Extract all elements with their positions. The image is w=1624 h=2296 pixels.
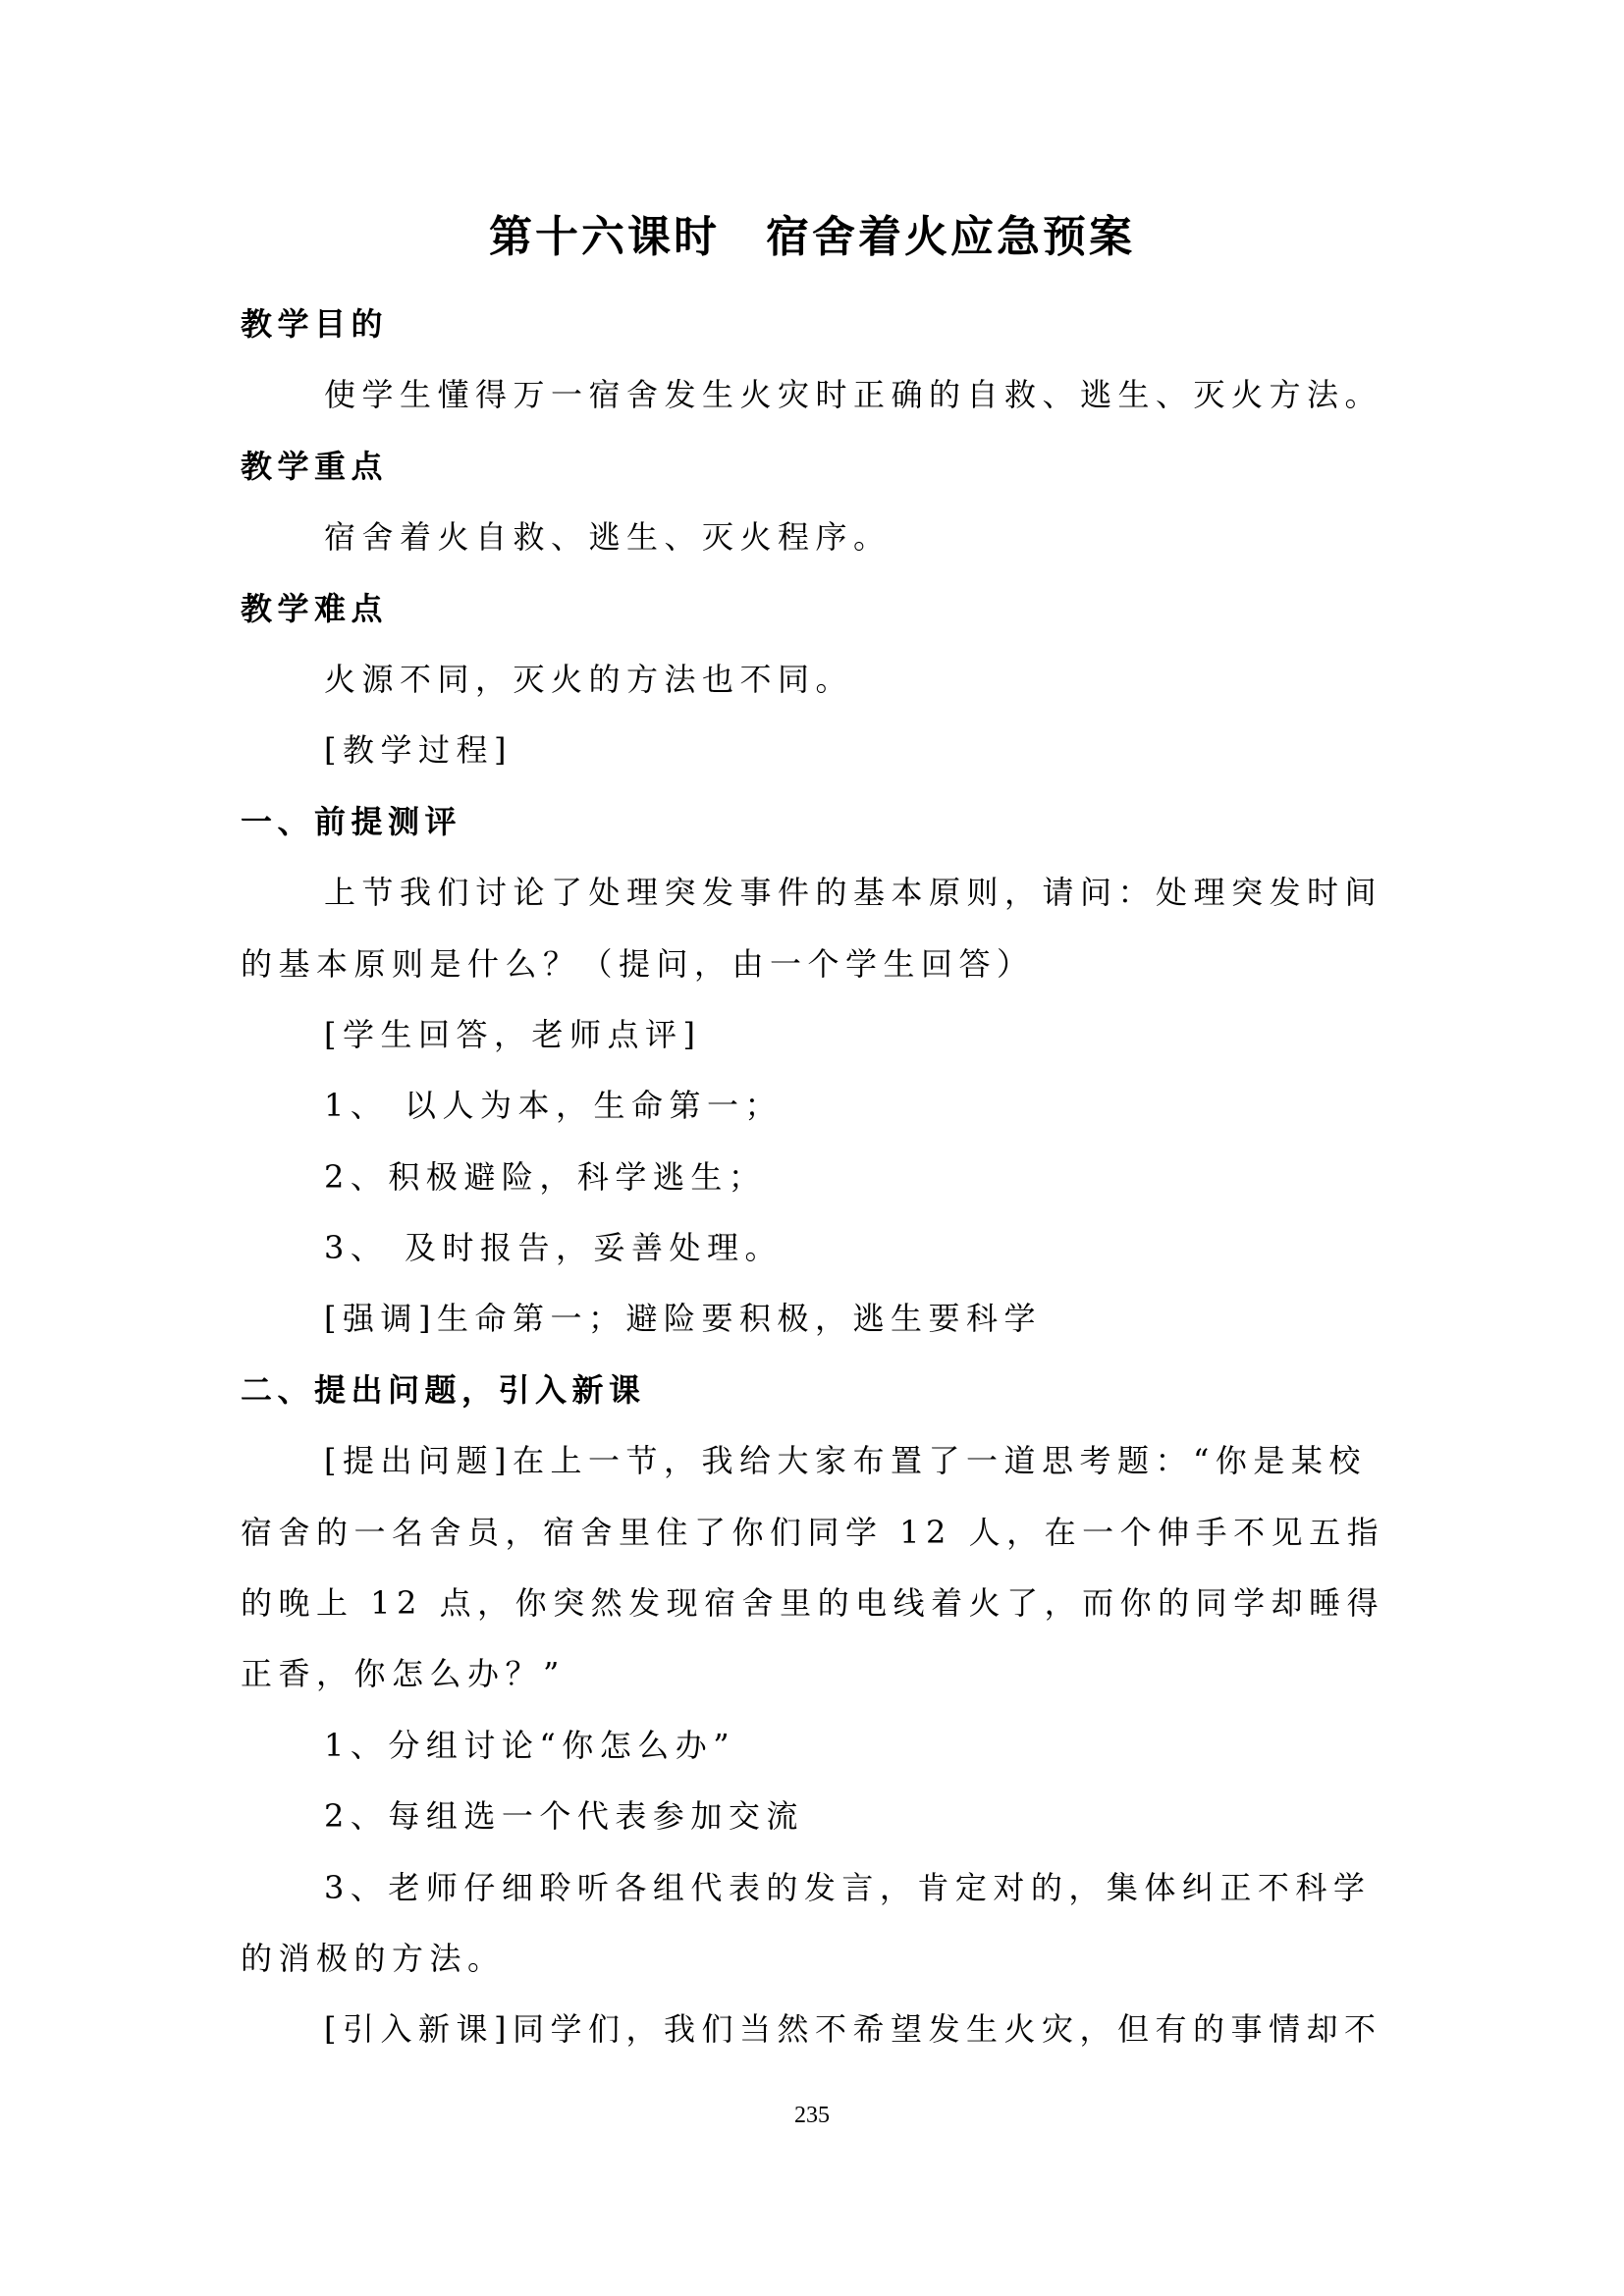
list-item: 3、老师仔细聆听各组代表的发言，肯定对的，集体纠正不科学	[241, 1852, 1384, 1923]
list-item: 2、积极避险，科学逃生；	[241, 1142, 1384, 1212]
paragraph-line: 宿舍的一名舍员，宿舍里住了你们同学 12 人，在一个伸手不见五指	[241, 1497, 1384, 1568]
paragraph-line: [引入新课]同学们，我们当然不希望发生火灾，但有的事情却不	[241, 1994, 1384, 2064]
paragraph-line: [学生回答，老师点评]	[241, 999, 1384, 1070]
list-item: 1、分组讨论“你怎么办”	[241, 1710, 1384, 1781]
paragraph-line: 的基本原则是什么？（提问，由一个学生回答）	[241, 929, 1384, 999]
section-heading-difficulties: 教学难点	[241, 573, 1384, 644]
section-heading-introduce-lesson: 二、提出问题，引入新课	[241, 1355, 1384, 1425]
paragraph-objective: 使学生懂得万一宿舍发生火灾时正确的自救、逃生、灭火方法。	[241, 359, 1384, 430]
paragraph-key-points: 宿舍着火自救、逃生、灭火程序。	[241, 502, 1384, 572]
section-heading-objective: 教学目的	[241, 289, 1384, 359]
paragraph-line: 上节我们讨论了处理突发事件的基本原则，请问：处理突发时间	[241, 857, 1384, 928]
list-item: 2、每组选一个代表参加交流	[241, 1781, 1384, 1851]
paragraph-line: [强调]生命第一；避险要积极，逃生要科学	[241, 1283, 1384, 1354]
page-title: 第十六课时 宿舍着火应急预案	[0, 202, 1624, 273]
page-number: 235	[0, 2103, 1624, 2129]
paragraph-line: 的消极的方法。	[241, 1923, 1384, 1994]
list-item: 1、 以人为本，生命第一；	[241, 1070, 1384, 1141]
document-page: 第十六课时 宿舍着火应急预案 教学目的 使学生懂得万一宿舍发生火灾时正确的自救、…	[0, 0, 1624, 2296]
section-heading-pre-assessment: 一、前提测评	[241, 786, 1384, 857]
section-heading-key-points: 教学重点	[241, 431, 1384, 502]
list-item: 3、 及时报告，妥善处理。	[241, 1212, 1384, 1283]
paragraph-line: [提出问题]在上一节，我给大家布置了一道思考题：“你是某校	[241, 1425, 1384, 1496]
paragraph-line: 正香，你怎么办？”	[241, 1638, 1384, 1709]
document-body: 教学目的 使学生懂得万一宿舍发生火灾时正确的自救、逃生、灭火方法。 教学重点 宿…	[241, 289, 1384, 2065]
paragraph-line: 的晚上 12 点，你突然发现宿舍里的电线着火了，而你的同学却睡得	[241, 1568, 1384, 1638]
paragraph-difficulties: 火源不同，灭火的方法也不同。	[241, 644, 1384, 715]
paragraph-teaching-process-label: [教学过程]	[241, 715, 1384, 785]
